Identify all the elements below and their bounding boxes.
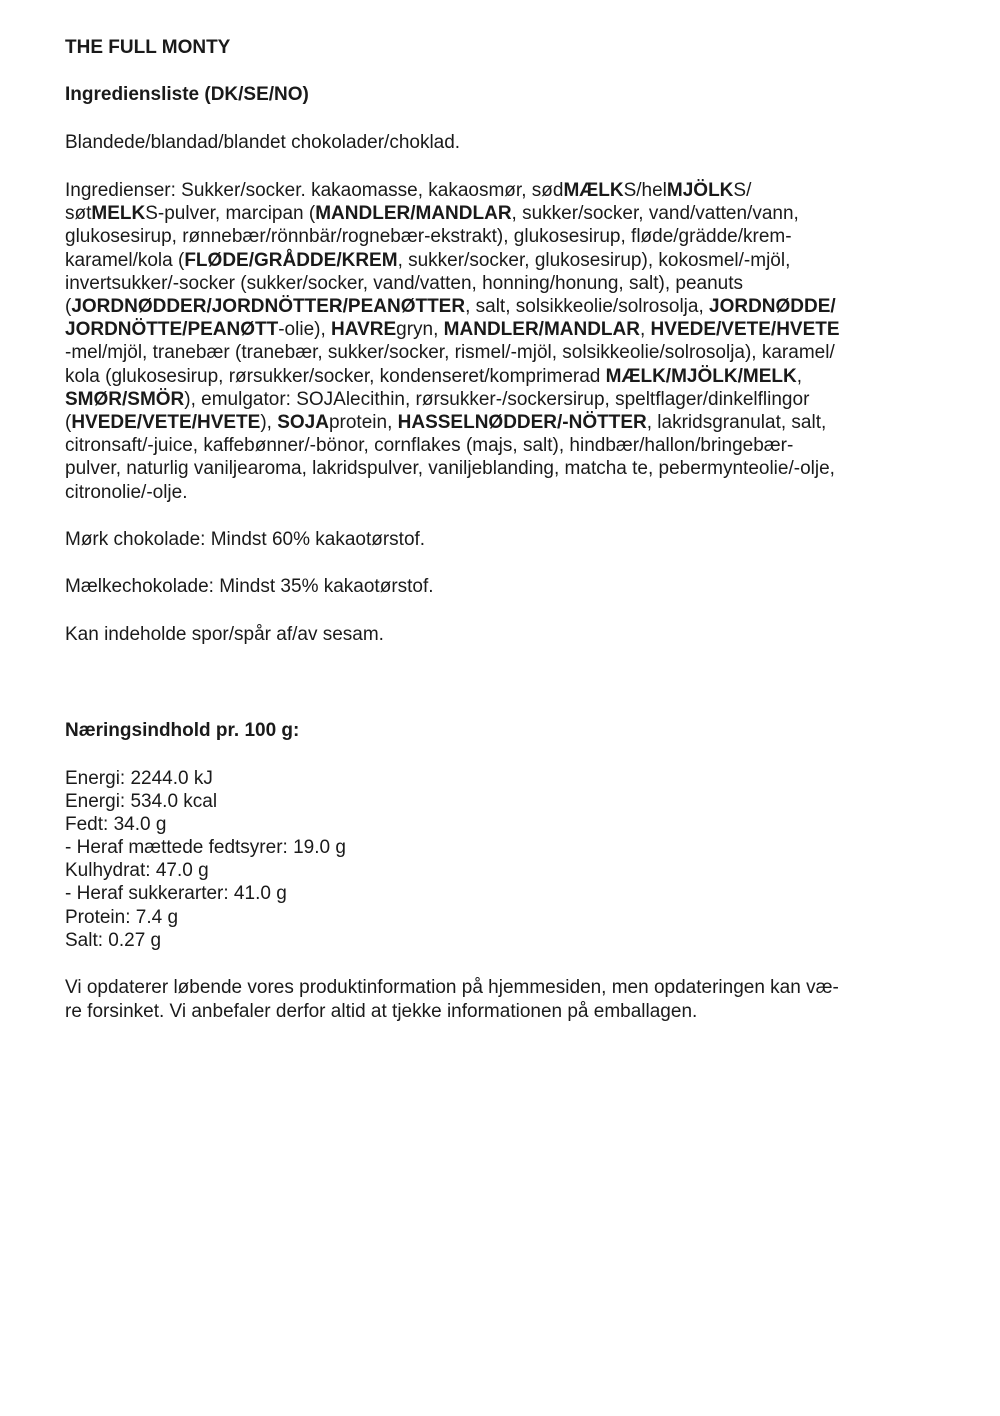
ingredient-text: , [797, 366, 802, 387]
ingredient-text: ), [260, 412, 277, 433]
nutrition-row-fat: Fedt: 34.0 g [65, 813, 346, 836]
allergen-text: MJÖLK [667, 180, 734, 201]
ingredient-text: søt [65, 203, 91, 224]
ingredient-text: , sukker/socker, glukosesirup), kokosmel… [398, 250, 791, 271]
ingredient-text: gryn, [396, 319, 444, 340]
ingredients-line: karamel/kola (FLØDE/GRÅDDE/KREM, sukker/… [65, 249, 840, 272]
blend-description: Blandede/blandad/blandet chokolader/chok… [65, 132, 460, 154]
disclaimer-line: re forsinket. Vi anbefaler derfor altid … [65, 1000, 839, 1024]
ingredient-text: citronolie/-olje. [65, 482, 188, 503]
ingredient-text: , [640, 319, 651, 340]
ingredients-line: -mel/mjöl, tranebær (tranebær, sukker/so… [65, 341, 840, 364]
nutrition-heading: Næringsindhold pr. 100 g: [65, 720, 299, 742]
ingredient-text: pulver, naturlig vaniljearoma, lakridspu… [65, 458, 835, 479]
allergen-text: MANDLER/MANDLAR [315, 203, 511, 224]
allergen-text: SOJA [277, 412, 329, 433]
disclaimer: Vi opdaterer løbende vores produktinform… [65, 976, 839, 1023]
nutrition-row-energy-kcal: Energi: 534.0 kcal [65, 790, 346, 813]
ingredients-line: Ingredienser: Sukker/socker. kakaomasse,… [65, 179, 840, 202]
ingredients-list: Ingredienser: Sukker/socker. kakaomasse,… [65, 179, 840, 504]
allergen-text: JORDNØDDE/ [709, 296, 836, 317]
ingredient-text: S/ [733, 180, 751, 201]
ingredients-line: SMØR/SMÖR), emulgator: SOJAlecithin, rør… [65, 388, 840, 411]
nutrition-row-sugars: - Heraf sukkerarter: 41.0 g [65, 882, 346, 905]
ingredients-line: (JORDNØDDER/JORDNÖTTER/PEANØTTER, salt, … [65, 295, 840, 318]
allergen-text: MANDLER/MANDLAR [444, 319, 640, 340]
allergen-text: JORDNØDDER/JORDNÖTTER/PEANØTTER [71, 296, 465, 317]
allergen-text: JORDNÖTTE/PEANØTT [65, 319, 278, 340]
ingredient-text: -mel/mjöl, tranebær (tranebær, sukker/so… [65, 342, 835, 363]
ingredient-text: protein, [329, 412, 398, 433]
allergen-note: Kan indeholde spor/spår af/av sesam. [65, 624, 384, 646]
ingredients-line: pulver, naturlig vaniljearoma, lakridspu… [65, 457, 840, 480]
nutrition-row-saturated-fat: - Heraf mættede fedtsyrer: 19.0 g [65, 836, 346, 859]
allergen-text: HAVRE [331, 319, 396, 340]
allergen-text: HASSELNØDDER/-NÖTTER [398, 412, 647, 433]
ingredients-line: citronolie/-olje. [65, 481, 840, 504]
allergen-text: MÆLK/MJÖLK/MELK [606, 366, 797, 387]
nutrition-table: Energi: 2244.0 kJ Energi: 534.0 kcal Fed… [65, 767, 346, 952]
ingredients-line: kola (glukosesirup, rørsukker/socker, ko… [65, 365, 840, 388]
milk-chocolate-note: Mælkechokolade: Mindst 35% kakaotørstof. [65, 576, 434, 598]
ingredients-line: glukosesirup, rønnebær/rönnbär/rognebær-… [65, 225, 840, 248]
nutrition-row-energy-kj: Energi: 2244.0 kJ [65, 767, 346, 790]
ingredient-text: citronsaft/-juice, kaffebønner/-bönor, c… [65, 435, 793, 456]
ingredient-text: karamel/kola ( [65, 250, 184, 271]
ingredients-line: JORDNÖTTE/PEANØTT-olie), HAVREgryn, MAND… [65, 318, 840, 341]
ingredients-line: invertsukker/-socker (sukker/socker, van… [65, 272, 840, 295]
ingredient-text: S-pulver, marcipan ( [145, 203, 315, 224]
allergen-text: MÆLK [563, 180, 623, 201]
ingredient-text: , lakridsgranulat, salt, [647, 412, 827, 433]
nutrition-row-carbohydrate: Kulhydrat: 47.0 g [65, 859, 346, 882]
ingredients-line: søtMELKS-pulver, marcipan (MANDLER/MANDL… [65, 202, 840, 225]
ingredients-line: (HVEDE/VETE/HVETE), SOJAprotein, HASSELN… [65, 411, 840, 434]
ingredient-text: invertsukker/-socker (sukker/socker, van… [65, 273, 743, 294]
dark-chocolate-note: Mørk chokolade: Mindst 60% kakaotørstof. [65, 529, 425, 551]
ingredient-text: ), emulgator: SOJAlecithin, rørsukker-/s… [184, 389, 809, 410]
ingredient-text: Ingredienser: Sukker/socker. kakaomasse,… [65, 180, 563, 201]
product-title: THE FULL MONTY [65, 37, 230, 59]
allergen-text: HVEDE/VETE/HVETE [651, 319, 840, 340]
ingredient-text: kola (glukosesirup, rørsukker/socker, ko… [65, 366, 606, 387]
ingredient-text: , salt, solsikkeolie/solrosolja, [465, 296, 709, 317]
ingredient-text: S/hel [624, 180, 667, 201]
ingredient-text: glukosesirup, rønnebær/rönnbär/rognebær-… [65, 226, 792, 247]
ingredient-text: , sukker/socker, vand/vatten/vann, [512, 203, 799, 224]
allergen-text: MELK [91, 203, 145, 224]
allergen-text: HVEDE/VETE/HVETE [71, 412, 260, 433]
ingredient-text: -olie), [278, 319, 331, 340]
ingredients-line: citronsaft/-juice, kaffebønner/-bönor, c… [65, 434, 840, 457]
ingredients-heading: Ingrediensliste (DK/SE/NO) [65, 84, 309, 106]
nutrition-row-salt: Salt: 0.27 g [65, 929, 346, 952]
allergen-text: SMØR/SMÖR [65, 389, 184, 410]
allergen-text: FLØDE/GRÅDDE/KREM [184, 250, 397, 271]
disclaimer-line: Vi opdaterer løbende vores produktinform… [65, 976, 839, 1000]
nutrition-row-protein: Protein: 7.4 g [65, 906, 346, 929]
